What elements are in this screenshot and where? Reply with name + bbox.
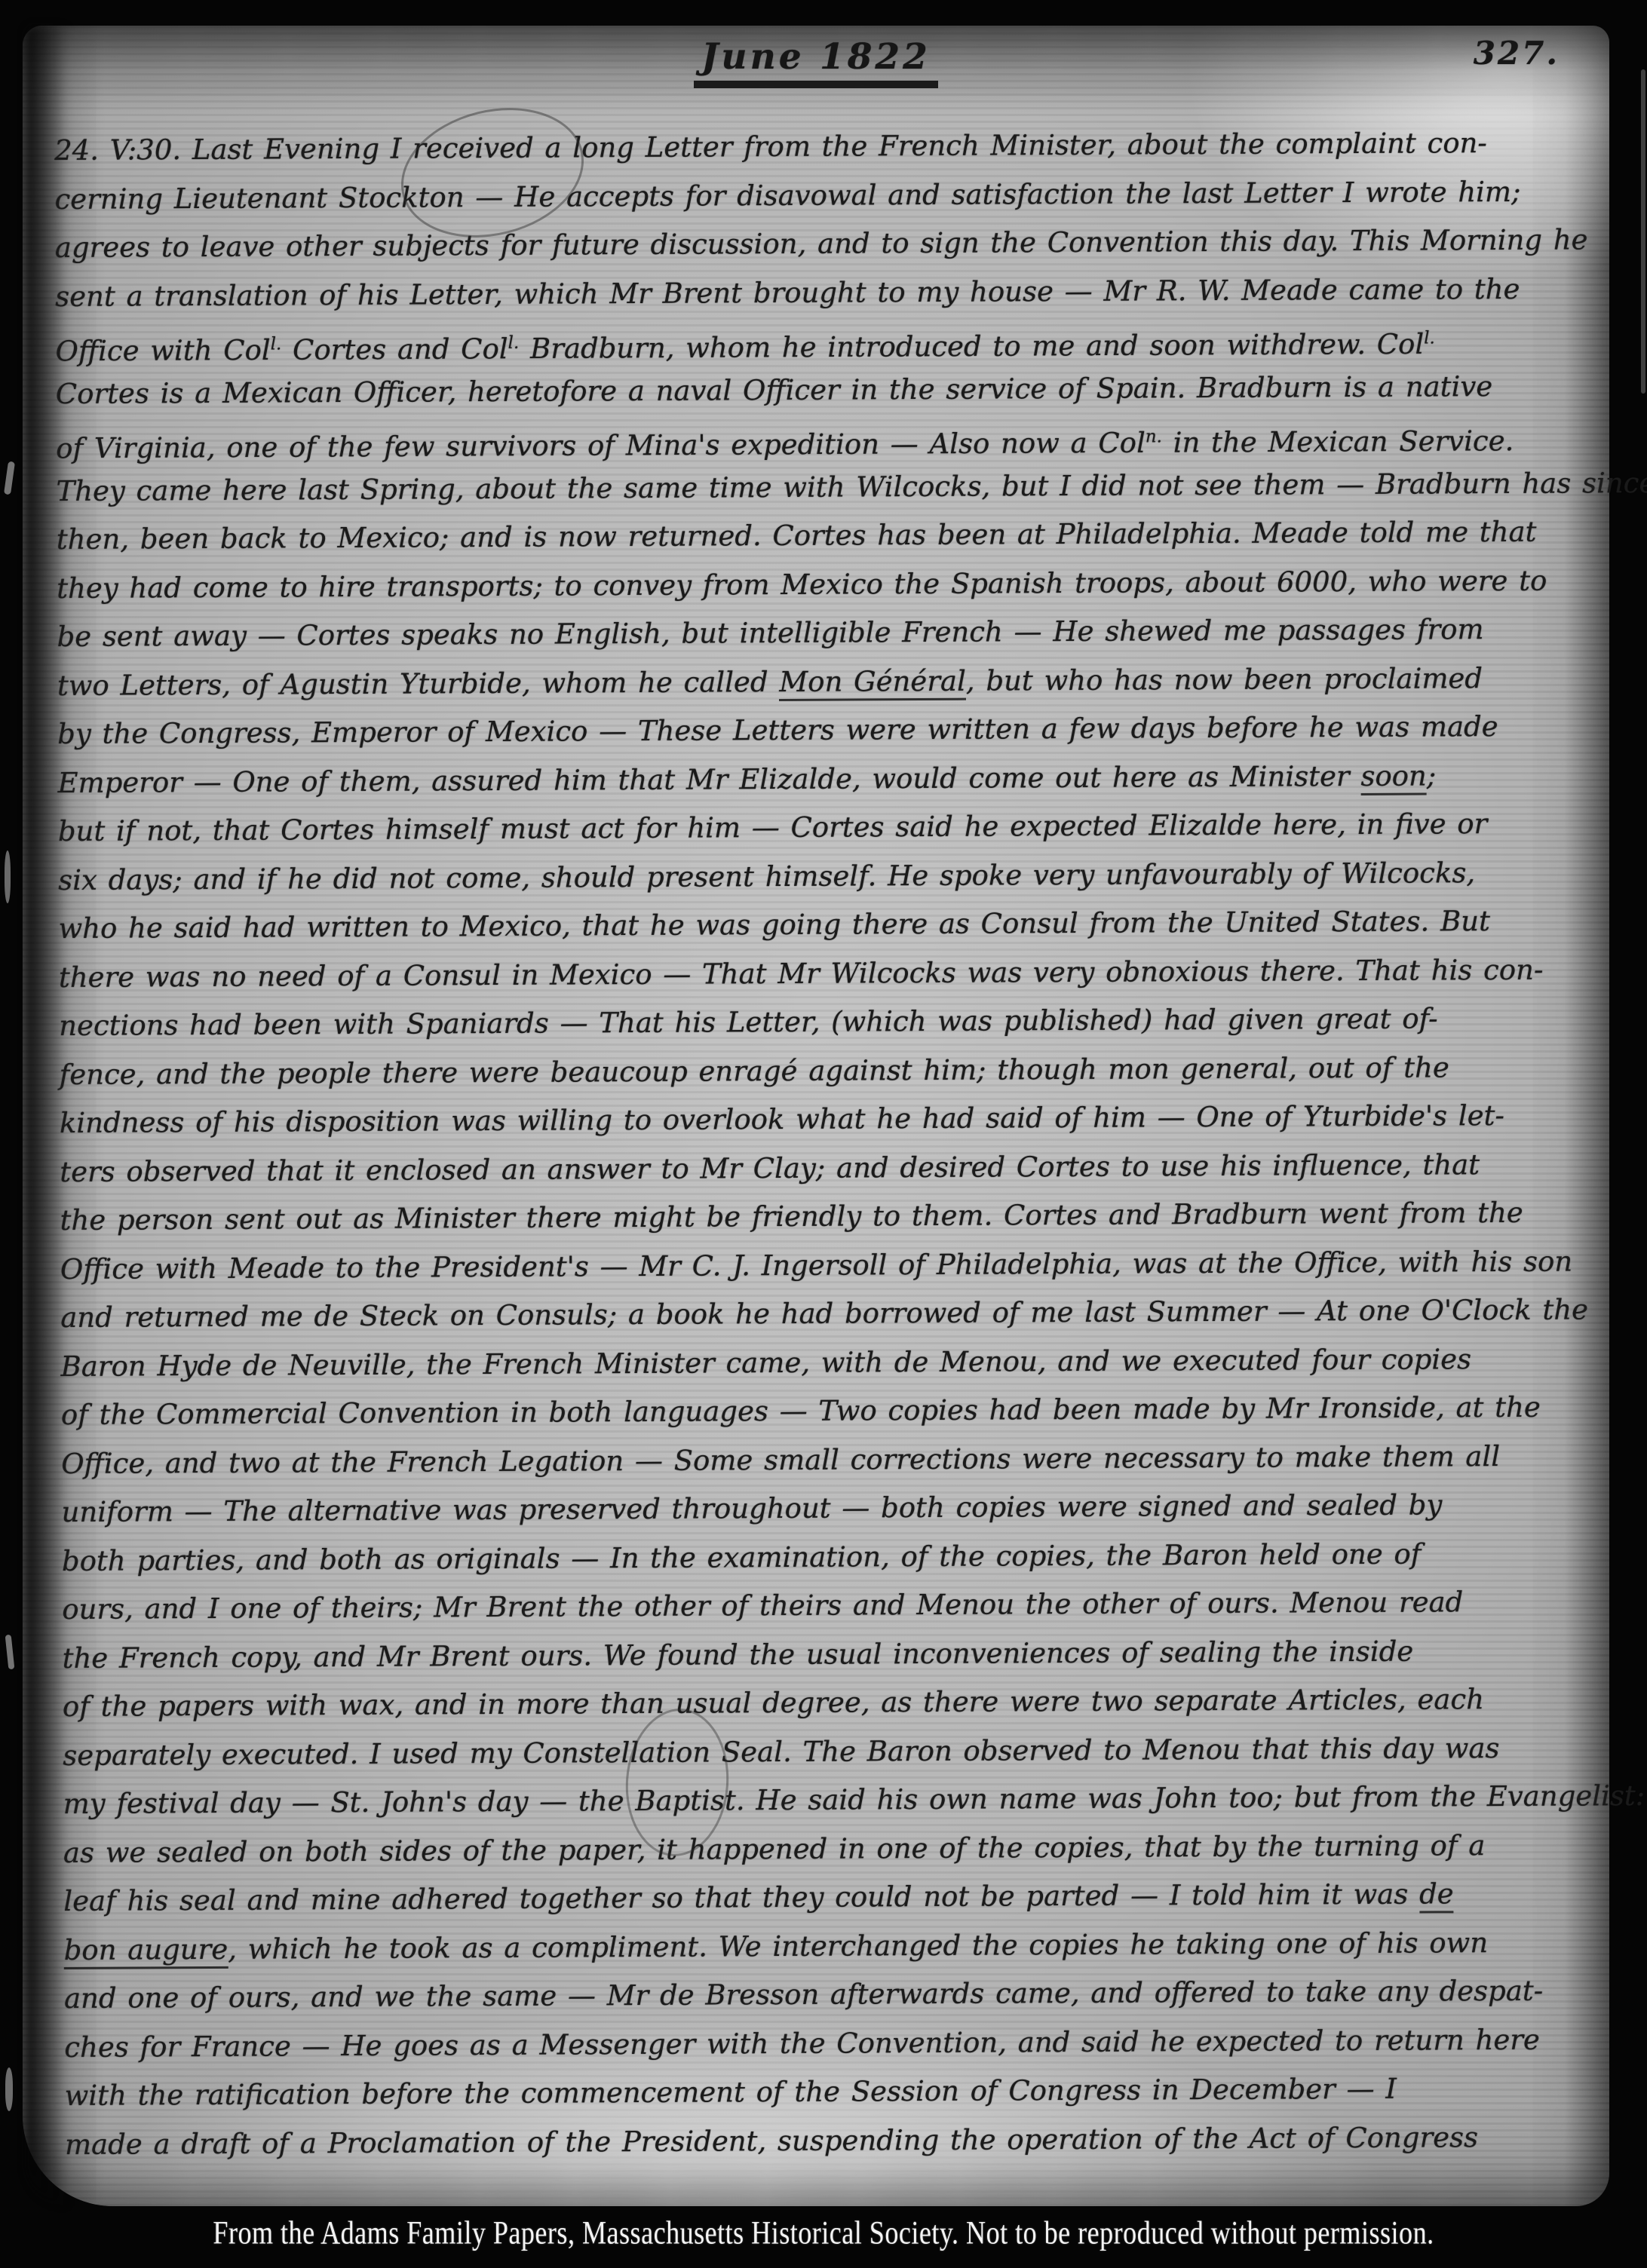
text-segment: l. (271, 334, 282, 354)
manuscript-line: ours, and I one of theirs; Mr Brent the … (62, 1577, 1596, 1634)
manuscript-line: they had come to hire transports; to con… (57, 556, 1590, 613)
text-segment: kindness of his disposition was willing … (60, 1099, 1504, 1139)
film-edge-sliver (1641, 69, 1645, 394)
text-segment: made a draft of a Proclamation of the Pr… (65, 2121, 1478, 2161)
manuscript-line: but if not, that Cortes himself must act… (58, 799, 1592, 856)
text-segment: with the ratification before the commenc… (65, 2073, 1397, 2112)
text-segment: n. (1146, 427, 1162, 446)
text-segment: sent a translation of his Letter, which … (55, 272, 1520, 312)
underlined-phrase: Mon Général (779, 664, 966, 700)
text-segment: of the Commercial Convention in both lan… (61, 1391, 1541, 1431)
manuscript-line: by the Congress, Emperor of Mexico — The… (57, 702, 1591, 759)
underlined-phrase: de (1419, 1877, 1454, 1913)
text-segment: ours, and I one of theirs; Mr Brent the … (62, 1586, 1463, 1626)
film-edge-mark (5, 851, 11, 903)
text-segment: of Virginia, one of the few survivors of… (56, 427, 1146, 465)
underlined-phrase: soon (1360, 759, 1427, 795)
text-segment: and one of ours, and we the same — Mr de… (64, 1975, 1543, 2015)
manuscript-line: then, been back to Mexico; and is now re… (57, 507, 1590, 564)
underlined-phrase: bon augure (64, 1932, 228, 1969)
text-segment: Office with Col (55, 334, 270, 367)
text-segment: agrees to leave other subjects for futur… (55, 223, 1588, 264)
credit-text: From the Adams Family Papers, Massachuse… (41, 2214, 1606, 2252)
manuscript-line: fence, and the people there were beaucou… (59, 1043, 1593, 1099)
manuscript-line: be sent away — Cortes speaks no English,… (57, 605, 1590, 661)
text-segment: by the Congress, Emperor of Mexico — The… (57, 710, 1498, 750)
manuscript-line: with the ratification before the commenc… (65, 2064, 1599, 2120)
text-segment: they had come to hire transports; to con… (57, 564, 1547, 604)
manuscript-line: both parties, and both as originals — In… (62, 1529, 1596, 1586)
text-segment: there was no need of a Consul in Mexico … (59, 953, 1544, 993)
credit-bar: From the Adams Family Papers, Massachuse… (0, 2206, 1647, 2268)
manuscript-line: who he said had written to Mexico, that … (58, 896, 1592, 953)
film-edge-mark (5, 2067, 13, 2111)
text-segment: but if not, that Cortes himself must act… (58, 808, 1488, 847)
manuscript-line: ches for France — He goes as a Messenger… (64, 2015, 1598, 2072)
manuscript-line: Cortes is a Mexican Officer, heretofore … (56, 362, 1590, 418)
manuscript-line: six days; and if he did not come, should… (58, 848, 1592, 905)
text-segment: who he said had written to Mexico, that … (58, 905, 1490, 945)
text-segment: nections had been with Spaniards — That … (59, 1002, 1438, 1042)
text-segment: the person sent out as Minister there mi… (60, 1197, 1523, 1237)
text-segment: two Letters, of Agustin Yturbide, whom h… (57, 665, 780, 701)
text-segment: separately executed. I used my Constella… (63, 1731, 1499, 1771)
manuscript-line: sent a translation of his Letter, which … (55, 265, 1589, 321)
manuscript-page: June 1822 327. 24. V:30. Last Evening I … (23, 26, 1609, 2206)
text-segment: l. (1424, 328, 1435, 348)
manuscript-line: nections had been with Spaniards — That … (59, 994, 1593, 1050)
manuscript-line: Office with Coll. Cortes and Coll. Bradb… (55, 313, 1589, 369)
text-segment: Bradburn, whom he introduced to me and s… (519, 328, 1424, 365)
text-segment: six days; and if he did not come, should… (58, 857, 1475, 896)
text-segment: leaf his seal and mine adhered together … (63, 1878, 1419, 1917)
manuscript-line: my festival day — St. John's day — the B… (63, 1772, 1596, 1828)
text-segment: of the papers with wax, and in more than… (63, 1683, 1484, 1723)
text-segment: as we sealed on both sides of the paper,… (63, 1829, 1486, 1869)
manuscript-line: Office with Meade to the President's — M… (60, 1237, 1594, 1294)
text-segment: the French copy, and Mr Brent ours. We f… (63, 1635, 1414, 1674)
manuscript-line: kindness of his disposition was willing … (60, 1091, 1593, 1148)
scanned-diary-page: { "document": { "header": { "month_year"… (0, 0, 1647, 2268)
text-segment: Office with Meade to the President's — M… (60, 1245, 1572, 1285)
text-segment: Cortes is a Mexican Officer, heretofore … (56, 370, 1493, 410)
manuscript-line: of the papers with wax, and in more than… (63, 1675, 1596, 1731)
text-segment: , which he took as a compliment. We inte… (228, 1926, 1488, 1966)
text-segment: Office, and two at the French Legation —… (61, 1439, 1500, 1479)
manuscript-line: made a draft of a Proclamation of the Pr… (65, 2113, 1599, 2169)
text-segment: then, been back to Mexico; and is now re… (57, 516, 1537, 556)
text-segment: my festival day — St. John's day — the B… (63, 1779, 1645, 1820)
header-month-year: June 1822 (694, 36, 938, 88)
page-header: June 1822 (23, 36, 1609, 88)
manuscript-line: of Virginia, one of the few survivors of… (56, 410, 1590, 467)
manuscript-line: there was no need of a Consul in Mexico … (59, 946, 1593, 1002)
manuscript-line: 24. V:30. Last Evening I received a long… (54, 118, 1588, 175)
text-segment: Emperor — One of them, assured him that … (57, 759, 1360, 798)
manuscript-body: 24. V:30. Last Evening I received a long… (54, 118, 1599, 2169)
manuscript-line: ters observed that it enclosed an answer… (60, 1140, 1593, 1197)
manuscript-line: uniform — The alternative was preserved … (61, 1480, 1595, 1537)
text-segment: Baron Hyde de Neuville, the French Minis… (60, 1343, 1471, 1383)
manuscript-line: two Letters, of Agustin Yturbide, whom h… (57, 654, 1591, 710)
manuscript-line: Emperor — One of them, assured him that … (57, 751, 1591, 808)
manuscript-line: of the Commercial Convention in both lan… (61, 1383, 1595, 1439)
manuscript-line: bon augure, which he took as a complimen… (63, 1918, 1597, 1975)
text-segment: l. (508, 333, 520, 353)
film-edge-mark (4, 461, 15, 495)
manuscript-line: Office, and two at the French Legation —… (61, 1432, 1595, 1488)
text-segment: fence, and the people there were beaucou… (59, 1051, 1449, 1091)
text-segment: ters observed that it enclosed an answer… (60, 1148, 1480, 1188)
text-segment: ches for France — He goes as a Messenger… (64, 2023, 1540, 2063)
manuscript-line: and returned me de Steck on Consuls; a b… (60, 1286, 1594, 1342)
manuscript-line: separately executed. I used my Constella… (63, 1724, 1596, 1780)
manuscript-line: the French copy, and Mr Brent ours. We f… (62, 1626, 1596, 1683)
text-segment: cerning Lieutenant Stockton — He accepts… (54, 175, 1520, 215)
manuscript-line: leaf his seal and mine adhered together … (63, 1869, 1597, 1926)
text-segment: Cortes and Col (281, 333, 508, 366)
text-segment: both parties, and both as originals — In… (62, 1537, 1422, 1577)
manuscript-line: the person sent out as Minister there mi… (60, 1188, 1593, 1245)
text-segment: in the Mexican Service. (1162, 424, 1514, 458)
manuscript-line: Baron Hyde de Neuville, the French Minis… (60, 1335, 1594, 1391)
manuscript-line: agrees to leave other subjects for futur… (55, 216, 1589, 272)
manuscript-line: They came here last Spring, about the sa… (56, 459, 1590, 516)
text-segment: and returned me de Steck on Consuls; a b… (60, 1293, 1588, 1334)
text-segment: be sent away — Cortes speaks no English,… (57, 613, 1483, 653)
manuscript-line: cerning Lieutenant Stockton — He accepts… (54, 167, 1588, 224)
text-segment: 24. V:30. Last Evening I received a long… (54, 127, 1487, 167)
text-segment: , but who has now been proclaimed (966, 662, 1483, 697)
film-edge-mark (5, 1635, 15, 1670)
text-segment: ; (1427, 759, 1437, 792)
manuscript-line: as we sealed on both sides of the paper,… (63, 1821, 1597, 1877)
page-number: 327. (1474, 35, 1560, 72)
text-segment: They came here last Spring, about the sa… (56, 466, 1647, 507)
text-segment: uniform — The alternative was preserved … (62, 1488, 1443, 1528)
manuscript-line: and one of ours, and we the same — Mr de… (64, 1966, 1598, 2023)
